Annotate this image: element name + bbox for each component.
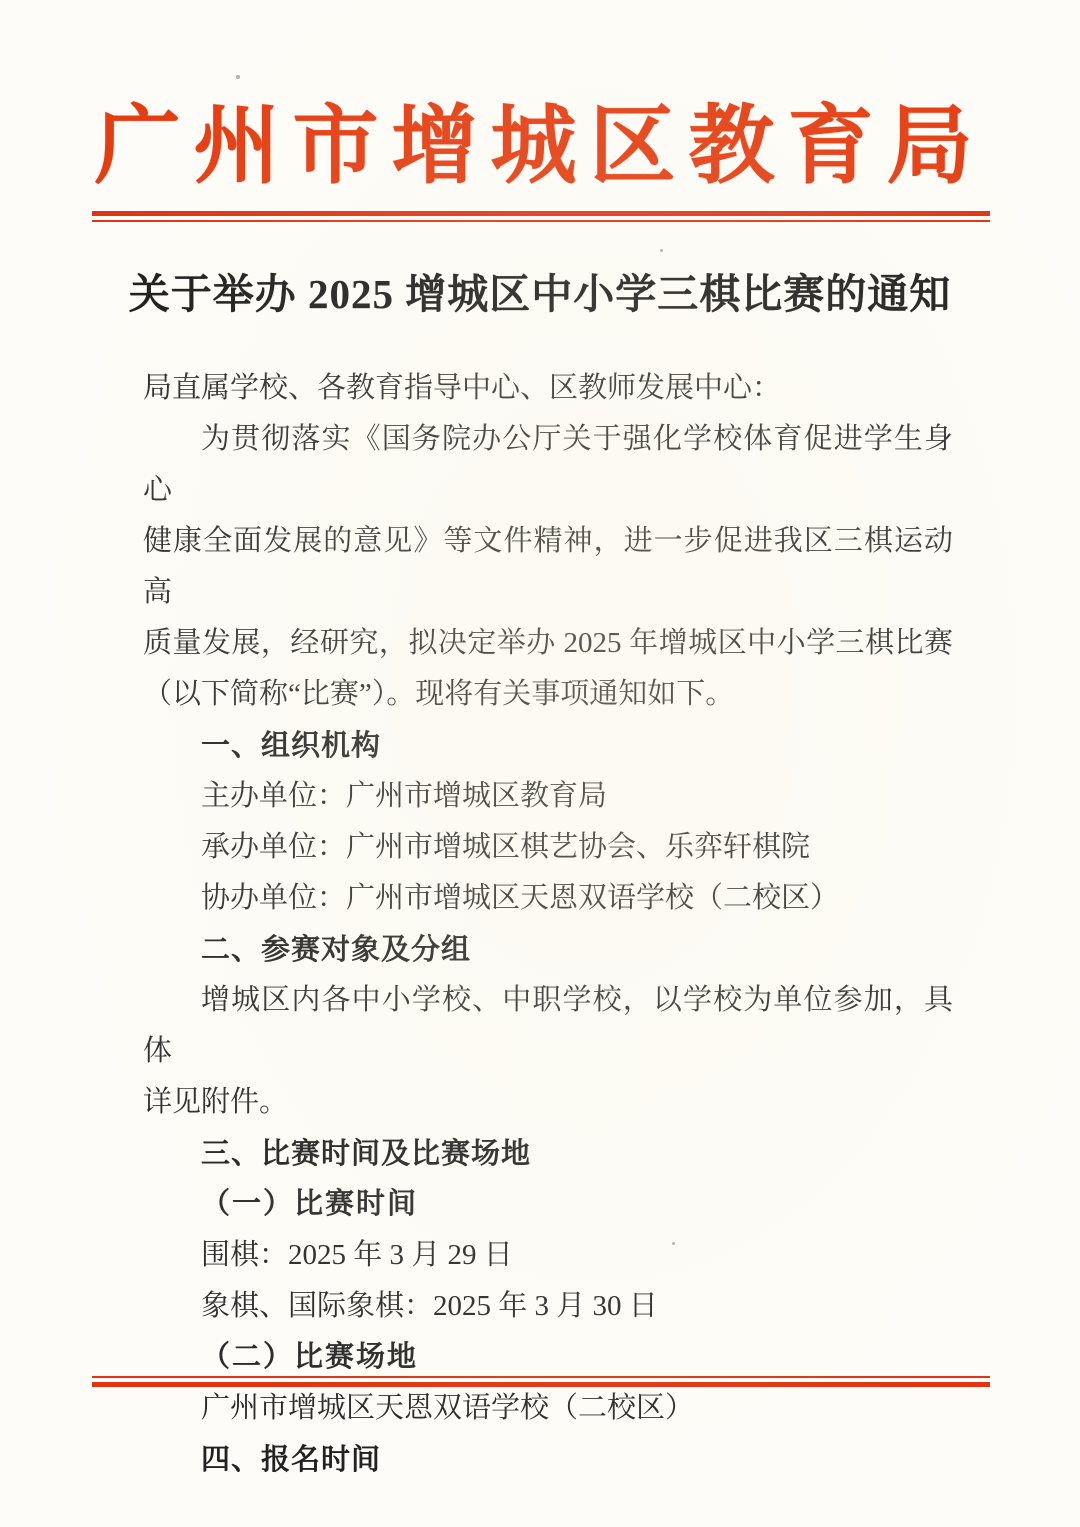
document-body: 局直属学校、各教育指导中心、区教师发展中心： 为贯彻落实《国务院办公厅关于强化学…	[143, 363, 953, 1485]
section-heading-2: 二、参赛对象及分组	[143, 924, 953, 975]
venue-line: 广州市增城区天恩双语学校（二校区）	[143, 1383, 953, 1434]
scan-speck	[236, 75, 240, 79]
paragraph-line: 增城区内各中小学校、中职学校，以学校为单位参加，具体	[143, 975, 953, 1077]
schedule-line: 象棋、国际象棋：2025 年 3 月 30 日	[143, 1281, 953, 1332]
organizer-line: 主办单位：广州市增城区教育局	[143, 771, 953, 822]
rule-bar-thin	[92, 220, 990, 222]
paragraph-line: 健康全面发展的意见》等文件精神，进一步促进我区三棋运动高	[143, 516, 953, 618]
paragraph-line: 质量发展，经研究，拟决定举办 2025 年增城区中小学三棋比赛	[143, 618, 953, 669]
scan-speck	[672, 1242, 675, 1245]
section-heading-3: 三、比赛时间及比赛场地	[143, 1128, 953, 1179]
red-double-rule-bottom	[92, 1376, 990, 1387]
organizer-line: 协办单位：广州市增城区天恩双语学校（二校区）	[143, 873, 953, 924]
scan-speck	[660, 249, 663, 252]
section-heading-1: 一、组织机构	[143, 720, 953, 771]
paragraph-line: 详见附件。	[143, 1077, 953, 1128]
subsection-heading: （一）比赛时间	[143, 1179, 953, 1230]
document-page: 广州市增城区教育局 关于举办 2025 增城区中小学三棋比赛的通知 局直属学校、…	[0, 0, 1080, 1527]
paragraph-line: （以下简称“比赛”）。现将有关事项通知如下。	[143, 669, 953, 720]
red-double-rule-top	[92, 211, 990, 222]
rule-bar-thick	[92, 1382, 990, 1387]
agency-header-title: 广州市增城区教育局	[0, 96, 1080, 196]
paragraph-line: 为贯彻落实《国务院办公厅关于强化学校体育促进学生身心	[143, 414, 953, 516]
organizer-line: 承办单位：广州市增城区棋艺协会、乐弈轩棋院	[143, 822, 953, 873]
schedule-line: 围棋：2025 年 3 月 29 日	[143, 1230, 953, 1281]
document-title: 关于举办 2025 增城区中小学三棋比赛的通知	[0, 266, 1080, 322]
salutation-line: 局直属学校、各教育指导中心、区教师发展中心：	[143, 363, 953, 414]
section-heading-4: 四、报名时间	[143, 1434, 953, 1485]
